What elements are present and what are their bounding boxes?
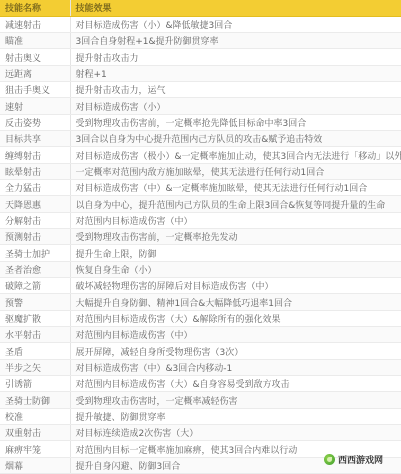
skill-name-cell: 速射 — [0, 98, 70, 114]
skill-effect-cell: 对目标连续造成2次伤害（大） — [70, 425, 401, 441]
skill-name-cell: 预测射击 — [0, 229, 70, 245]
skill-effect-cell: 对目标造成伤害（中）&一定概率施加眩晕，使其无法进行任何行动1回合 — [70, 180, 401, 196]
skill-effect-cell: 大幅提升自身防御、精神1回合&大幅降低巧退率1回合 — [70, 294, 401, 310]
skill-effect-cell: 3回合以自身为中心提升范围内己方队员的攻击&赋予追击特效 — [70, 131, 401, 147]
table-row: 圣骑士防御受到物理攻击伤害时，一定概率减轻伤害 — [0, 392, 401, 408]
skill-name-cell: 全力猛击 — [0, 180, 70, 196]
skill-effect-cell: 对范围内目标造成伤害（大）&自身容易受到敌方攻击 — [70, 376, 401, 392]
skill-name-cell: 远距离 — [0, 65, 70, 81]
skill-name-cell: 驱魔扩散 — [0, 310, 70, 326]
skill-name-cell: 圣骑士防御 — [0, 392, 70, 408]
skill-name-cell: 缠缚射击 — [0, 147, 70, 163]
skill-name-cell: 麻痹牢笼 — [0, 441, 70, 457]
header-skill-effect: 技能效果 — [70, 0, 401, 16]
skill-name-cell: 圣骑士加护 — [0, 245, 70, 261]
table-row: 校准提升敏捷、防御贯穿率 — [0, 408, 401, 424]
skill-name-cell: 反击姿势 — [0, 114, 70, 130]
skill-name-cell: 半步之矢 — [0, 359, 70, 375]
table-row: 反击姿势受到物理攻击伤害前，一定概率抢先降低目标命中率3回合 — [0, 114, 401, 130]
skill-effect-cell: 对范围内目标造成伤害（大）&解除所有的强化效果 — [70, 310, 401, 326]
skill-effect-cell: 提升射击攻击力 — [70, 49, 401, 65]
table-row: 破障之箭破坏减轻物理伤害的屏障后对目标造成伤害（中） — [0, 278, 401, 294]
table-row: 天降恩惠以自身为中心，提升范围内己方队员的生命上限3回合&恢复等同提升量的生命 — [0, 196, 401, 212]
table-row: 减速射击对目标造成伤害（小）&降低敏捷3回合 — [0, 16, 401, 32]
table-row: 狙击手奥义提升射击攻击力，运气 — [0, 82, 401, 98]
header-skill-name: 技能名称 — [0, 0, 70, 16]
skill-name-cell: 烟幕 — [0, 457, 70, 473]
skill-effect-cell: 对范围内目标造成伤害（中） — [70, 212, 401, 228]
table-row: 圣骑士加护提升生命上限，防御 — [0, 245, 401, 261]
table-row: 预警大幅提升自身防御、精神1回合&大幅降低巧退率1回合 — [0, 294, 401, 310]
skill-effect-cell: 提升射击攻击力，运气 — [70, 82, 401, 98]
skill-effect-cell: 3回合自身射程+1&提升防御贯穿率 — [70, 33, 401, 49]
skill-name-cell: 减速射击 — [0, 16, 70, 32]
table-row: 双重射击对目标连续造成2次伤害（大） — [0, 425, 401, 441]
skill-effect-cell: 一定概率对范围内敌方施加眩晕，使其无法进行任何行动1回合 — [70, 163, 401, 179]
table-row: 眩晕射击一定概率对范围内敌方施加眩晕，使其无法进行任何行动1回合 — [0, 163, 401, 179]
table-row: 半步之矢对目标造成伤害（中）&3回合内移动-1 — [0, 359, 401, 375]
leaf-logo-icon — [324, 454, 335, 465]
skill-name-cell: 破障之箭 — [0, 278, 70, 294]
skill-effect-cell: 对目标造成伤害（小）&降低敏捷3回合 — [70, 16, 401, 32]
site-watermark: 西西游戏网 — [324, 453, 383, 466]
skill-name-cell: 引诱箭 — [0, 376, 70, 392]
skill-name-cell: 射击奥义 — [0, 49, 70, 65]
skill-effect-cell: 受到物理攻击伤害前，一定概率抢先发动 — [70, 229, 401, 245]
table-row: 远距离射程+1 — [0, 65, 401, 81]
skill-effect-cell: 对范围内目标造成伤害（中） — [70, 327, 401, 343]
skill-effect-cell: 受到物理攻击伤害时，一定概率减轻伤害 — [70, 392, 401, 408]
skill-effect-cell: 受到物理攻击伤害前，一定概率抢先降低目标命中率3回合 — [70, 114, 401, 130]
skill-name-cell: 瞄准 — [0, 33, 70, 49]
skill-name-cell: 狙击手奥义 — [0, 82, 70, 98]
skill-effect-cell: 提升敏捷、防御贯穿率 — [70, 408, 401, 424]
skill-name-cell: 水平射击 — [0, 327, 70, 343]
skill-table-body: 减速射击对目标造成伤害（小）&降低敏捷3回合瞄准3回合自身射程+1&提升防御贯穿… — [0, 16, 401, 473]
table-row: 目标共享3回合以自身为中心提升范围内己方队员的攻击&赋予追击特效 — [0, 131, 401, 147]
table-row: 圣者治愈恢复自身生命（小） — [0, 261, 401, 277]
skill-name-cell: 圣盾 — [0, 343, 70, 359]
table-row: 预测射击受到物理攻击伤害前，一定概率抢先发动 — [0, 229, 401, 245]
skill-effect-cell: 展开屏障，减轻自身所受物理伤害（3次） — [70, 343, 401, 359]
table-row: 水平射击对范围内目标造成伤害（中） — [0, 327, 401, 343]
table-row: 速射对目标造成伤害（小） — [0, 98, 401, 114]
skill-name-cell: 天降恩惠 — [0, 196, 70, 212]
skill-effect-cell: 对目标造成伤害（小） — [70, 98, 401, 114]
table-row: 引诱箭对范围内目标造成伤害（大）&自身容易受到敌方攻击 — [0, 376, 401, 392]
skill-name-cell: 眩晕射击 — [0, 163, 70, 179]
table-row: 全力猛击对目标造成伤害（中）&一定概率施加眩晕，使其无法进行任何行动1回合 — [0, 180, 401, 196]
skill-name-cell: 圣者治愈 — [0, 261, 70, 277]
table-row: 瞄准3回合自身射程+1&提升防御贯穿率 — [0, 33, 401, 49]
skill-effect-cell: 射程+1 — [70, 65, 401, 81]
table-row: 驱魔扩散对范围内目标造成伤害（大）&解除所有的强化效果 — [0, 310, 401, 326]
table-row: 分解射击对范围内目标造成伤害（中） — [0, 212, 401, 228]
skill-table: 技能名称 技能效果 减速射击对目标造成伤害（小）&降低敏捷3回合瞄准3回合自身射… — [0, 0, 401, 474]
table-row: 圣盾展开屏障，减轻自身所受物理伤害（3次） — [0, 343, 401, 359]
skill-effect-cell: 对目标造成伤害（中）&3回合内移动-1 — [70, 359, 401, 375]
skill-effect-cell: 以自身为中心，提升范围内己方队员的生命上限3回合&恢复等同提升量的生命 — [70, 196, 401, 212]
skill-name-cell: 双重射击 — [0, 425, 70, 441]
table-row: 射击奥义提升射击攻击力 — [0, 49, 401, 65]
skill-effect-cell: 破坏减轻物理伤害的屏障后对目标造成伤害（中） — [70, 278, 401, 294]
skill-name-cell: 目标共享 — [0, 131, 70, 147]
watermark-text: 西西游戏网 — [338, 453, 383, 466]
skill-name-cell: 预警 — [0, 294, 70, 310]
skill-effect-cell: 对目标造成伤害（极小）&一定概率施加止动，使其3回合内无法进行「移动」以外的行动 — [70, 147, 401, 163]
skill-name-cell: 分解射击 — [0, 212, 70, 228]
skill-table-header: 技能名称 技能效果 — [0, 0, 401, 16]
table-row: 缠缚射击对目标造成伤害（极小）&一定概率施加止动，使其3回合内无法进行「移动」以… — [0, 147, 401, 163]
skill-name-cell: 校准 — [0, 408, 70, 424]
header-row: 技能名称 技能效果 — [0, 0, 401, 16]
skill-effect-cell: 提升生命上限，防御 — [70, 245, 401, 261]
skill-effect-cell: 恢复自身生命（小） — [70, 261, 401, 277]
